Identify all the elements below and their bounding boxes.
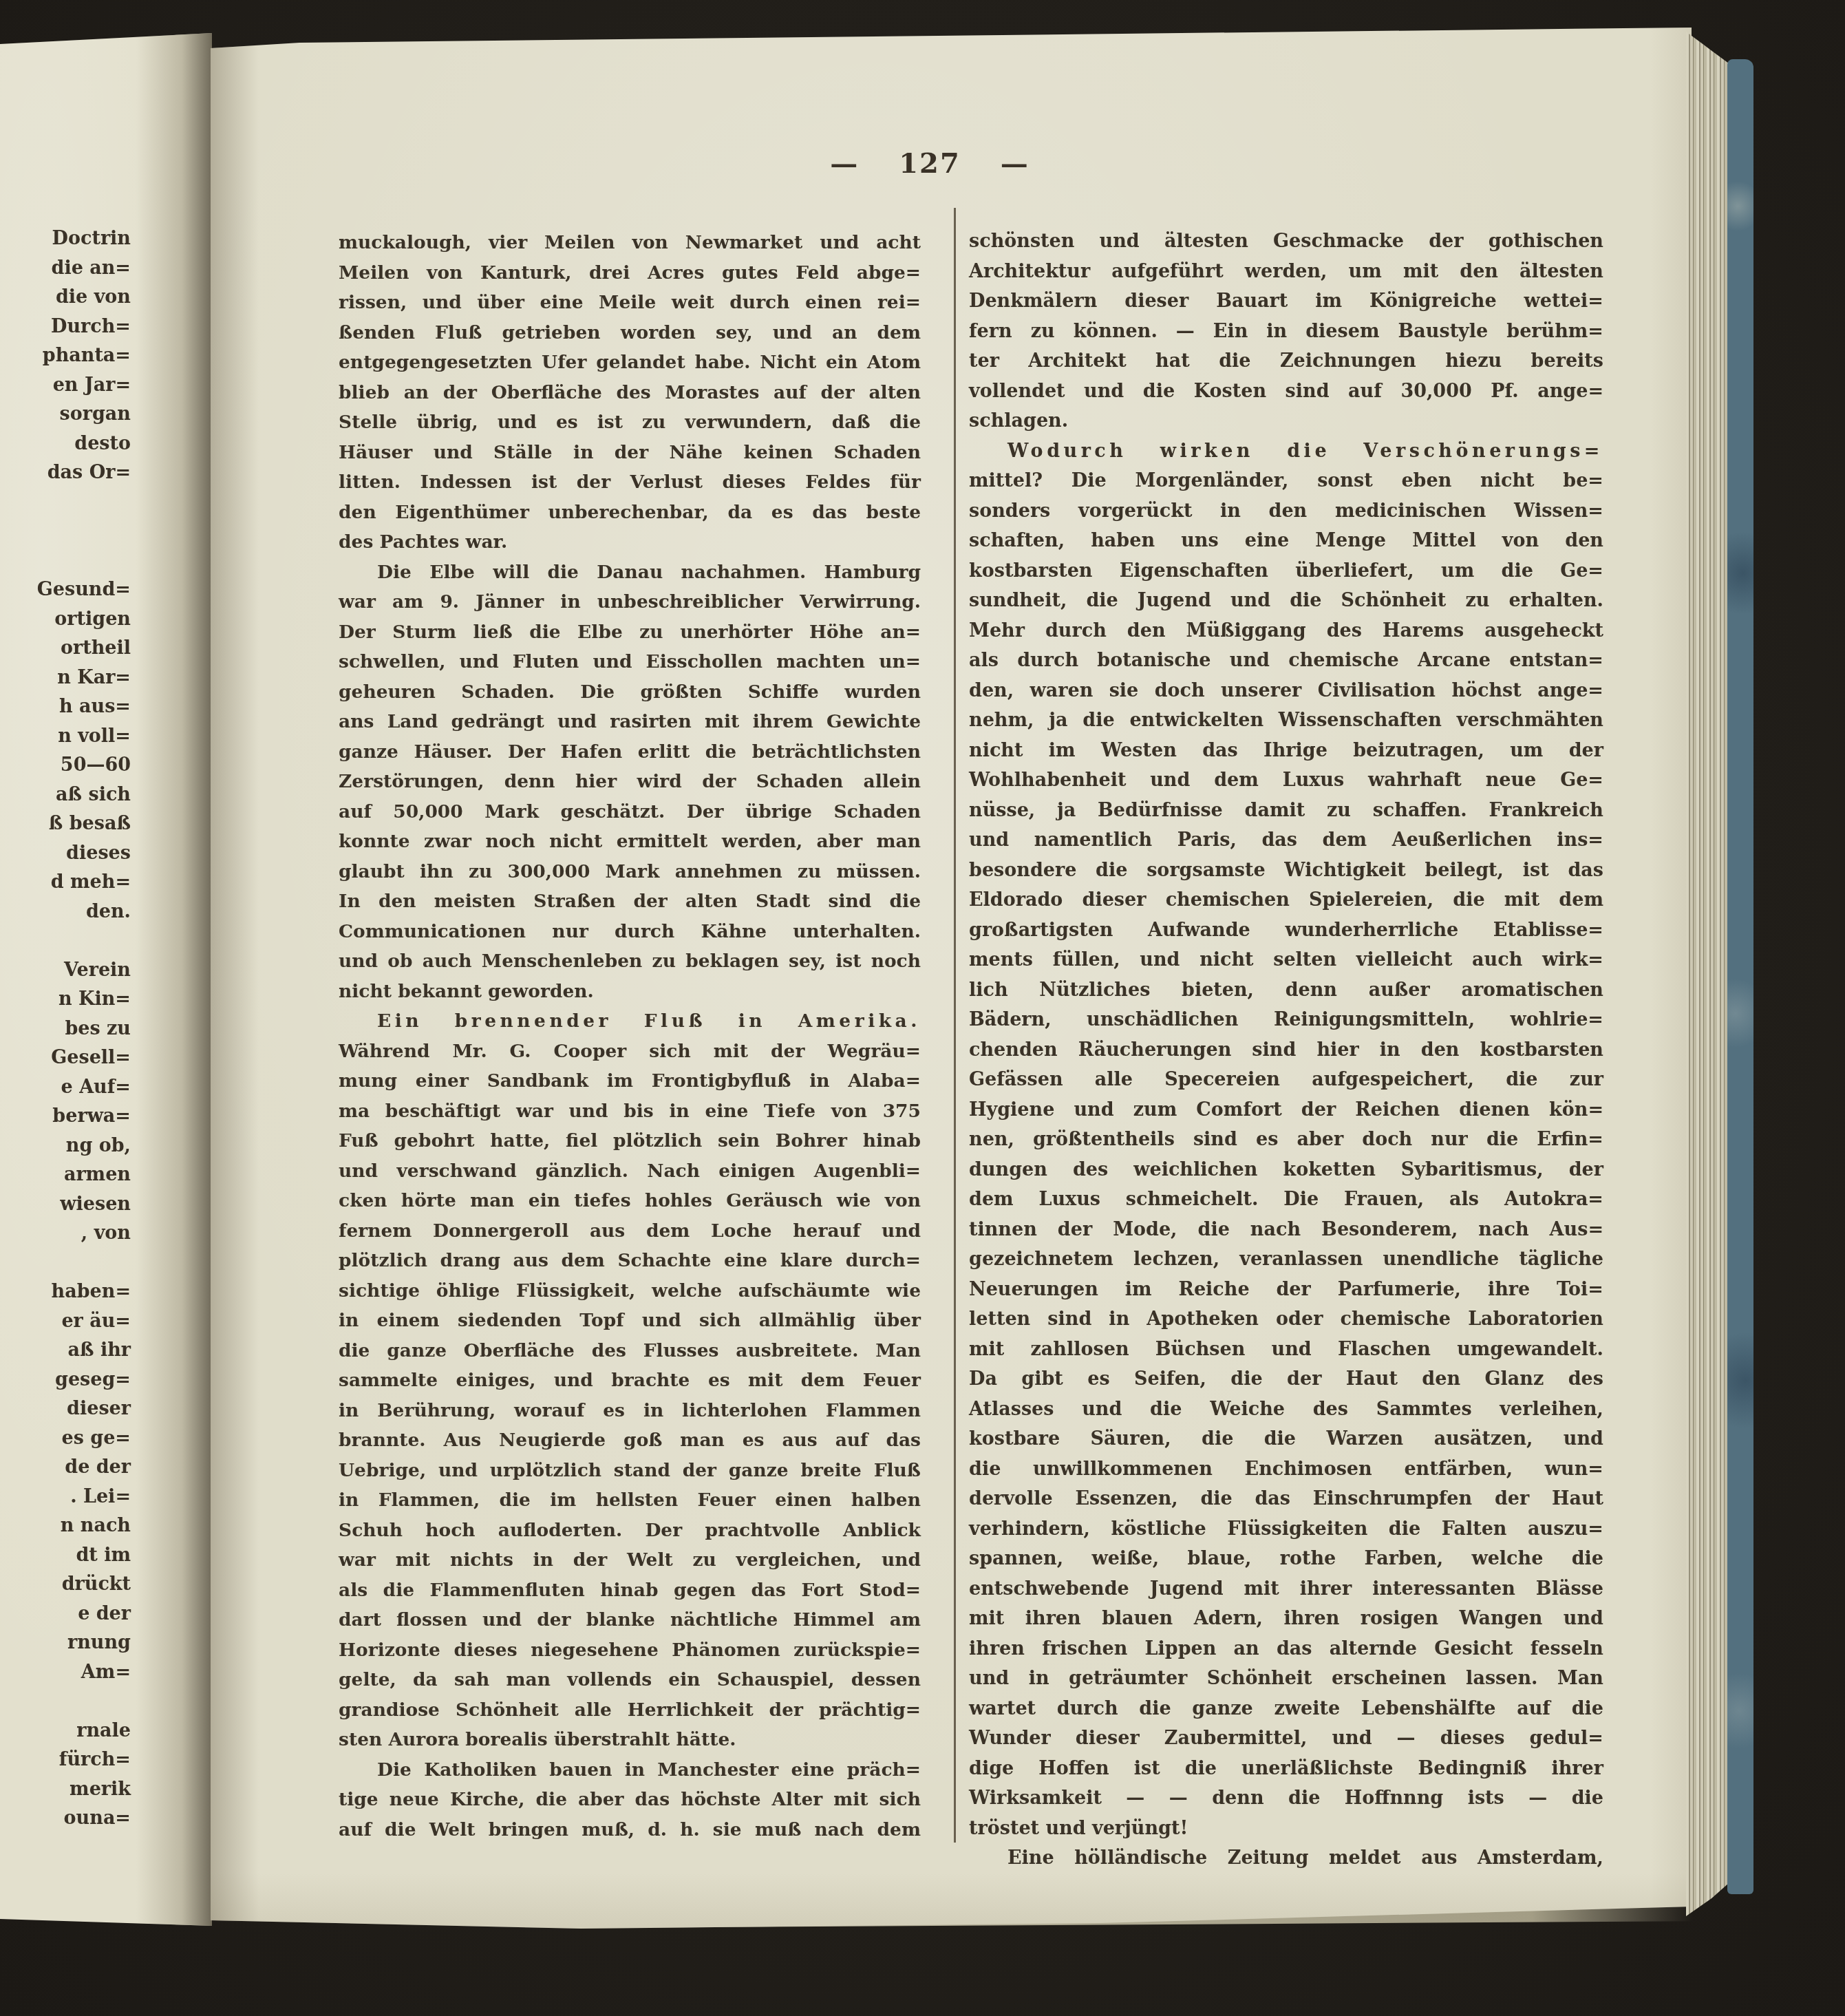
text-line: besondere die sorgsamste Wichtigkeit bei… [969, 856, 1603, 886]
facing-page-line-fragment [0, 517, 131, 547]
text-line: Meilen von Kanturk, drei Acres gutes Fel… [339, 258, 921, 288]
text-line: ments füllen, und nicht selten vielleich… [969, 945, 1603, 975]
text-line: als die Flammenfluten hinab gegen das Fo… [339, 1575, 921, 1606]
paragraph: Eine hölländische Zeitung meldet aus Ams… [969, 1843, 1603, 1874]
text-line: vollendet und die Kosten sind auf 30,000… [969, 376, 1603, 407]
facing-page-line-fragment: merik [0, 1775, 131, 1805]
text-line: Da gibt es Seifen, die der Haut den Glan… [969, 1364, 1603, 1394]
text-line: nehm, ja die entwickelten Wissenschaften… [969, 705, 1603, 736]
text-line: nüsse, ja Bedürfnisse damit zu schaffen.… [969, 796, 1603, 826]
page-stack-fore-edge [1686, 32, 1729, 1916]
text-line: entschwebende Jugend mit ihrer interessa… [969, 1574, 1603, 1604]
facing-page-line-fragment: phanta= [0, 341, 131, 371]
text-line: nicht bekannt geworden. [339, 977, 921, 1007]
text-line: Wunder dieser Zaubermittel, und — dieses… [969, 1723, 1603, 1754]
text-line: Wirksamkeit — — denn die Hoffnnng ists —… [969, 1783, 1603, 1814]
text-line: gezeichnetem lechzen, veranlassen unendl… [969, 1244, 1603, 1275]
facing-page-line-fragment: bes zu [0, 1015, 131, 1044]
text-line: cken hörte man ein tiefes hohles Geräusc… [339, 1186, 921, 1216]
text-line: und ob auch Menschenleben zu beklagen se… [339, 946, 921, 977]
facing-page-line-fragment: . Lei= [0, 1483, 131, 1512]
text-line: die ganze Oberfläche des Flusses ausbrei… [339, 1336, 921, 1366]
facing-page-line-fragment: die an= [0, 254, 131, 284]
facing-page-text-fragments: Doctrindie an=die vonDurch=phanta=en Jar… [0, 224, 131, 1834]
facing-page-line-fragment: armen [0, 1160, 131, 1190]
text-line: litten. Indessen ist der Verlust dieses … [339, 467, 921, 498]
facing-page-line-fragment [0, 1687, 131, 1717]
text-line: dem Luxus schmeichelt. Die Frauen, als A… [969, 1185, 1603, 1215]
text-line: wartet durch die ganze zweite Lebenshälf… [969, 1694, 1603, 1724]
facing-page-line-fragment: berwa= [0, 1102, 131, 1132]
facing-page-line-fragment: ortigen [0, 605, 131, 635]
book-page-127: — 127 — muckalough, vier Meilen von Newm… [211, 0, 1692, 1938]
facing-page-line-fragment: sorgan [0, 400, 131, 429]
facing-page-line-fragment: d meh= [0, 868, 131, 898]
text-line: Die Katholiken bauen in Manchester eine … [339, 1755, 921, 1785]
text-line: Atlasses und die Weiche des Sammtes verl… [969, 1394, 1603, 1425]
text-line: sammelte einiges, und brachte es mit dem… [339, 1366, 921, 1396]
paragraph: schönsten und ältesten Geschmacke der go… [969, 226, 1603, 436]
text-line: sten Aurora borealis überstrahlt hätte. [339, 1725, 921, 1755]
facing-page-line-fragment: n nach [0, 1511, 131, 1541]
facing-page-line-fragment: e Auf= [0, 1073, 131, 1103]
text-line: tinnen der Mode, die nach Besonderem, na… [969, 1215, 1603, 1245]
facing-page-line-fragment: de der [0, 1453, 131, 1483]
facing-page-line-fragment: desto [0, 429, 131, 459]
facing-page-line-fragment: Durch= [0, 312, 131, 342]
text-line: in Flammen, die im hellsten Feuer einen … [339, 1485, 921, 1516]
paragraph: Die Elbe will die Danau nachahmen. Hambu… [339, 558, 921, 1007]
facing-page-line-fragment: das Or= [0, 458, 131, 488]
facing-page-line-fragment: Doctrin [0, 224, 131, 254]
left-text-column: muckalough, vier Meilen von Newmarket un… [339, 228, 921, 1845]
facing-page-line-fragment: haben= [0, 1277, 131, 1307]
facing-page-line-fragment: en Jar= [0, 371, 131, 401]
facing-page-line-fragment: n Kar= [0, 664, 131, 693]
text-line: Gefässen alle Specereien aufgespeichert,… [969, 1065, 1603, 1095]
text-line: fern zu können. — Ein in diesem Baustyle… [969, 317, 1603, 347]
text-line: Eine hölländische Zeitung meldet aus Ams… [969, 1843, 1603, 1874]
text-line: mittel? Die Morgenländer, sonst eben nic… [969, 466, 1603, 496]
gutter-fold-shadow [136, 0, 212, 1935]
text-line: Denkmälern dieser Bauart im Königreiche … [969, 286, 1603, 317]
text-line: Mehr durch den Müßiggang des Harems ausg… [969, 616, 1603, 646]
facing-page-line-fragment: rnale [0, 1717, 131, 1746]
text-line: Communicationen nur durch Kähne unterhal… [339, 917, 921, 947]
text-line: dungen des weichlichen koketten Sybariti… [969, 1155, 1603, 1185]
facing-page-line-fragment: aß sich [0, 781, 131, 810]
text-line: schaften, haben uns eine Menge Mittel vo… [969, 526, 1603, 556]
facing-page-line-fragment: ouna= [0, 1804, 131, 1834]
facing-page-line-fragment: es ge= [0, 1424, 131, 1454]
text-line: plötzlich drang aus dem Schachte eine kl… [339, 1246, 921, 1276]
facing-page-line-fragment: ß besaß [0, 809, 131, 839]
text-line: auf die Welt bringen muß, d. h. sie muß … [339, 1815, 921, 1845]
text-line: mit ihren blauen Adern, ihren rosigen Wa… [969, 1604, 1603, 1634]
text-line: ter Architekt hat die Zeichnungen hiezu … [969, 346, 1603, 376]
text-line: den, waren sie doch unserer Civilisation… [969, 676, 1603, 706]
text-line: kostbarsten Eigenschaften überliefert, u… [969, 556, 1603, 586]
text-line: schönsten und ältesten Geschmacke der go… [969, 226, 1603, 257]
text-line: ßenden Fluß getrieben worden sey, und an… [339, 318, 921, 348]
text-line: und verschwand gänzlich. Nach einigen Au… [339, 1156, 921, 1187]
text-line: die unwillkommenen Enchimosen entfärben,… [969, 1454, 1603, 1485]
text-line: lich Nützliches bieten, denn außer aroma… [969, 975, 1603, 1006]
text-line: mit zahllosen Büchsen und Flaschen umgew… [969, 1335, 1603, 1365]
facing-page-line-fragment: er äu= [0, 1307, 131, 1337]
text-line: blieb an der Oberfläche des Morastes auf… [339, 378, 921, 408]
text-line: auf 50,000 Mark geschätzt. Der übrige Sc… [339, 797, 921, 827]
facing-page-line-fragment: ng ob, [0, 1132, 131, 1161]
text-line: kostbare Säuren, die die Warzen ausätzen… [969, 1424, 1603, 1454]
text-line: und namentlich Paris, das dem Aeußerlich… [969, 825, 1603, 856]
text-line: war mit nichts in der Welt zu vergleiche… [339, 1545, 921, 1575]
facing-page-line-fragment: dt im [0, 1541, 131, 1571]
facing-page-line-fragment: rnung [0, 1628, 131, 1658]
facing-page-line-fragment: den. [0, 898, 131, 927]
facing-page-line-fragment: h aus= [0, 692, 131, 722]
book-scan-scene: Doctrindie an=die vonDurch=phanta=en Jar… [0, 0, 1845, 2016]
text-line: als durch botanische und chemische Arcan… [969, 646, 1603, 676]
text-line: Zerstörungen, denn hier wird der Schaden… [339, 767, 921, 797]
text-line: dart flossen und der blanke nächtliche H… [339, 1605, 921, 1635]
page-number: — 127 — [211, 147, 1649, 180]
text-line: ma beschäftigt war und bis in eine Tiefe… [339, 1096, 921, 1127]
text-line: grandiose Schönheit alle Herrlichkeit de… [339, 1695, 921, 1726]
text-line: letten sind in Apotheken oder chemische … [969, 1304, 1603, 1335]
facing-page-line-fragment: , von [0, 1219, 131, 1249]
facing-page-line-fragment: fürch= [0, 1746, 131, 1775]
text-line: den Eigenthümer unberechenbar, da es das… [339, 498, 921, 528]
facing-page-line-fragment: drückt [0, 1570, 131, 1600]
facing-page-line-fragment: dieses [0, 839, 131, 869]
facing-page-line-fragment: n voll= [0, 722, 131, 752]
text-line: tige neue Kirche, die aber das höchste A… [339, 1785, 921, 1815]
text-line: dige Hoffen ist die unerläßlichste Bedin… [969, 1754, 1603, 1784]
text-line: ganze Häuser. Der Hafen erlitt die beträ… [339, 737, 921, 767]
text-line: Stelle übrig, und es ist zu verwundern, … [339, 407, 921, 438]
text-line: schwellen, und Fluten und Eisschollen ma… [339, 647, 921, 677]
paragraph: Die Katholiken bauen in Manchester eine … [339, 1755, 921, 1845]
text-line: fernem Donnergeroll aus dem Loche herauf… [339, 1216, 921, 1246]
facing-page-sliver: Doctrindie an=die vonDurch=phanta=en Jar… [0, 0, 212, 1935]
text-line: glaubt ihn zu 300,000 Mark annehmen zu m… [339, 857, 921, 887]
text-line: Die Elbe will die Danau nachahmen. Hambu… [339, 558, 921, 588]
facing-page-line-fragment: wiesen [0, 1190, 131, 1220]
book-cover-blue-edge [1727, 59, 1753, 1894]
text-line: war am 9. Jänner in unbeschreiblicher Ve… [339, 587, 921, 617]
facing-page-line-fragment: die von [0, 283, 131, 312]
text-line: dervolle Essenzen, die das Einschrumpfen… [969, 1484, 1603, 1514]
text-line: Eldorado dieser chemischen Spielereien, … [969, 885, 1603, 915]
text-line: in Berührung, worauf es in lichterlohen … [339, 1396, 921, 1426]
text-line: Wohlhabenheit und dem Luxus wahrhaft neu… [969, 765, 1603, 796]
text-line: Während Mr. G. Cooper sich mit der Wegrä… [339, 1037, 921, 1067]
facing-page-line-fragment [0, 488, 131, 518]
facing-page-line-fragment: geseg= [0, 1366, 131, 1395]
facing-page-line-fragment: e der [0, 1600, 131, 1629]
paragraph: Ein brennender Fluß in Amerika.Während M… [339, 1006, 921, 1755]
text-line: geheuren Schaden. Die größten Schiffe wu… [339, 677, 921, 708]
facing-page-line-fragment [0, 926, 131, 956]
text-line: tröstet und verjüngt! [969, 1814, 1603, 1844]
text-line: ihren frischen Lippen an das alternde Ge… [969, 1634, 1603, 1664]
text-line: Schuh hoch aufloderten. Der prachtvolle … [339, 1516, 921, 1546]
text-line: nen, größtentheils sind es aber doch nur… [969, 1125, 1603, 1155]
facing-page-line-fragment: n Kin= [0, 985, 131, 1015]
text-line: großartigsten Aufwande wunderherrliche E… [969, 915, 1603, 946]
facing-page-line-fragment: Gesund= [0, 575, 131, 605]
text-line: sonders vorgerückt in den medicinischen … [969, 496, 1603, 527]
text-line: gelte, da sah man vollends ein Schauspie… [339, 1665, 921, 1695]
text-line: Der Sturm ließ die Elbe zu unerhörter Hö… [339, 617, 921, 648]
text-line: Wodurch wirken die Verschönerungs= [969, 436, 1603, 467]
text-line: Häuser und Ställe in der Nähe keinen Sch… [339, 438, 921, 468]
text-line: nicht im Westen das Ihrige beizutragen, … [969, 736, 1603, 766]
text-line: verhindern, köstliche Flüssigkeiten die … [969, 1514, 1603, 1545]
text-line: In den meisten Straßen der alten Stadt s… [339, 887, 921, 917]
text-line: muckalough, vier Meilen von Newmarket un… [339, 228, 921, 258]
text-line: Hygiene und zum Comfort der Reichen dien… [969, 1095, 1603, 1125]
facing-page-line-fragment: 50—60 [0, 751, 131, 781]
text-line: Architektur aufgeführt werden, um mit de… [969, 257, 1603, 287]
text-line: sichtige öhlige Flüssigkeit, welche aufs… [339, 1276, 921, 1306]
text-line: Horizonte dieses niegesehene Phänomen zu… [339, 1635, 921, 1666]
facing-page-line-fragment: dieser [0, 1394, 131, 1424]
text-line: und in geträumter Schönheit erscheinen l… [969, 1664, 1603, 1694]
paragraph: Wodurch wirken die Verschönerungs=mittel… [969, 436, 1603, 1844]
text-line: rissen, und über eine Meile weit durch e… [339, 288, 921, 318]
column-divider-rule [954, 208, 956, 1843]
facing-page-line-fragment: Verein [0, 956, 131, 986]
text-line: entgegengesetzten Ufer gelandet habe. Ni… [339, 348, 921, 378]
text-line: Ein brennender Fluß in Amerika. [339, 1006, 921, 1037]
text-line: mung einer Sandbank im Frontigbyfluß in … [339, 1066, 921, 1096]
facing-page-line-fragment: Am= [0, 1658, 131, 1688]
text-line: Fuß gebohrt hatte, fiel plötzlich sein B… [339, 1126, 921, 1156]
text-line: sundheit, die Jugend und die Schönheit z… [969, 586, 1603, 616]
text-line: ans Land gedrängt und rasirten mit ihrem… [339, 707, 921, 737]
text-line: Uebrige, und urplötzlich stand der ganze… [339, 1456, 921, 1486]
right-text-column: schönsten und ältesten Geschmacke der go… [969, 226, 1603, 1874]
text-line: Bädern, unschädlichen Reinigungsmitteln,… [969, 1005, 1603, 1035]
text-line: brannte. Aus Neugierde goß man es aus au… [339, 1425, 921, 1456]
text-line: chenden Räucherungen sind hier in den ko… [969, 1035, 1603, 1065]
facing-page-line-fragment [0, 547, 131, 576]
text-line: des Pachtes war. [339, 527, 921, 558]
text-line: spannen, weiße, blaue, rothe Farben, wel… [969, 1544, 1603, 1574]
text-line: Neuerungen im Reiche der Parfumerie, ihr… [969, 1275, 1603, 1305]
facing-page-line-fragment: ortheil [0, 634, 131, 664]
paragraph: muckalough, vier Meilen von Newmarket un… [339, 228, 921, 558]
facing-page-line-fragment: aß ihr [0, 1336, 131, 1366]
text-line: konnte zwar noch nicht ermittelt werden,… [339, 827, 921, 857]
facing-page-line-fragment [0, 1249, 131, 1278]
text-line: schlagen. [969, 406, 1603, 436]
text-line: in einem siedenden Topf und sich allmähl… [339, 1306, 921, 1336]
facing-page-line-fragment: Gesell= [0, 1043, 131, 1073]
